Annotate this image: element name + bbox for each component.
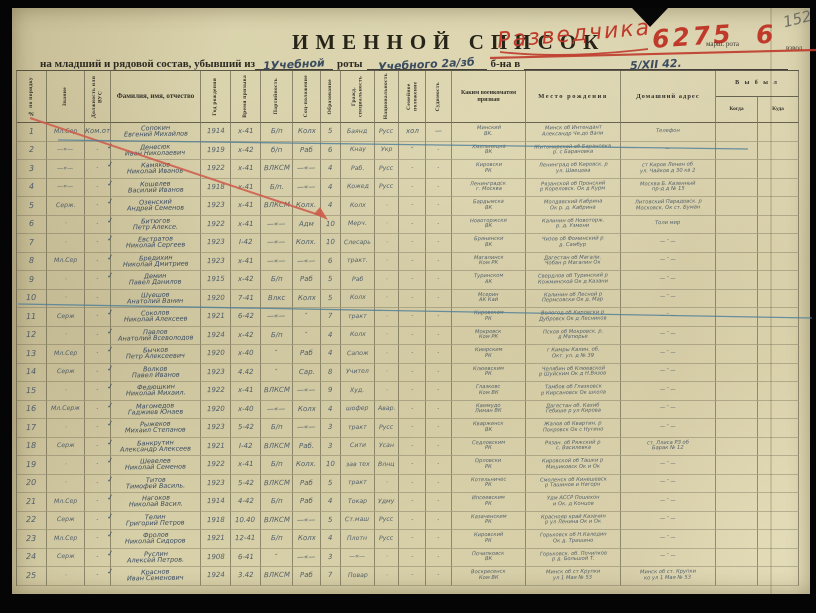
cell-family: · — [399, 419, 426, 438]
cell-year: 1914 — [201, 493, 231, 512]
cell-year: 1921 — [201, 438, 231, 457]
cell-vk: КаммудоЛиман ВК — [452, 401, 526, 420]
nation-text: · — [385, 554, 387, 561]
drafted-text: 4.42 — [238, 368, 254, 376]
vk-line-2: Ком РК — [479, 261, 498, 267]
cell-addr: — ″ — — [621, 234, 716, 253]
cell-num: 9 — [17, 271, 47, 290]
convict-text: · — [437, 387, 439, 394]
cell-fio: ✓ЕвстратовНиколай Сергеев — [111, 234, 201, 253]
drafted-text: 12-41 — [235, 535, 255, 543]
family-text: · — [411, 424, 413, 431]
cell-nation: · — [375, 475, 399, 494]
cell-edu: 3 — [321, 438, 341, 457]
num-text: 13 — [26, 349, 36, 358]
social-text: —«— — [297, 183, 315, 191]
cell-edu: 9 — [321, 382, 341, 401]
cell-rank: · — [47, 271, 85, 290]
cell-birth: Чизов об Фоминский рд. Самбур — [526, 234, 621, 253]
num-text: 21 — [26, 497, 36, 506]
cell-birth: Молдавский КабринаОк р. д. Кабрина — [526, 197, 621, 216]
convict-text: · — [437, 480, 439, 487]
duty-text: · — [96, 369, 98, 376]
trade-text: Учител — [346, 369, 369, 376]
social-text: Колх — [297, 294, 315, 302]
cell-rank: Мл.Сер — [47, 345, 85, 364]
cell-trade: Мерч. — [341, 216, 375, 235]
cell-out_when — [716, 475, 758, 494]
drafted-text: 6-42 — [237, 313, 253, 321]
cell-out_where — [758, 475, 799, 494]
num-text: 17 — [26, 423, 36, 432]
cell-year: 1915 — [201, 271, 231, 290]
checkmark: ✓ — [106, 531, 114, 540]
cell-social: Раб. — [293, 438, 321, 457]
cell-party: Б/п — [261, 271, 293, 290]
year-text: 1923 — [207, 479, 225, 487]
convict-text: · — [437, 295, 439, 302]
addr-line-2: пр-д д № 15 — [652, 187, 685, 193]
cell-out_where — [758, 216, 799, 235]
trade-text: тракт — [348, 480, 367, 487]
name-patronymic-text: Тимофей Василь. — [126, 482, 185, 490]
vk-line-2: Лиман ВК — [475, 409, 502, 415]
duty-text: · — [96, 406, 98, 413]
cell-birth: Горьковск. об. Почипковр д. Большой Т. — [526, 549, 621, 568]
family-text: · — [411, 239, 413, 246]
cell-nation: Русс — [375, 419, 399, 438]
cell-trade: Баянд — [341, 123, 375, 142]
cell-year: 1920 — [201, 345, 231, 364]
duty-text: · — [96, 517, 98, 524]
addr-line-1: — ″ — — [660, 554, 676, 560]
duty-text: · — [96, 313, 98, 320]
cell-out_where — [758, 197, 799, 216]
checkmark: ✓ — [106, 420, 114, 429]
cell-duty: Ком.от — [85, 123, 111, 142]
party-text: ВЛКСМ — [263, 516, 289, 524]
col-header-trade: Гражд. специальность — [341, 71, 375, 123]
cell-convict: · — [426, 197, 452, 216]
social-text: Адм — [299, 220, 314, 228]
convict-text: · — [437, 239, 439, 246]
social-text: Колх — [297, 128, 315, 136]
cell-edu: 4 — [321, 530, 341, 549]
edu-text: 4 — [328, 498, 333, 505]
birth-line-2: и Ок. д Концов — [553, 501, 594, 507]
cell-out_where — [758, 549, 799, 568]
cell-addr: — ″ — — [621, 493, 716, 512]
addr-line-1: — ″ — — [660, 480, 676, 486]
cell-year: 1921 — [201, 308, 231, 327]
cell-year: 1918 — [201, 512, 231, 531]
cell-vk: МсеринАК Кай — [452, 290, 526, 309]
cell-rank: · — [47, 567, 85, 586]
addr-line-1: — ″ — — [660, 295, 676, 301]
trade-text: Баянд — [347, 128, 367, 135]
vk-line-2: ВК. — [484, 132, 493, 138]
cell-nation: Русс — [375, 512, 399, 531]
cell-trade: Колх — [341, 290, 375, 309]
party-text: —«— — [267, 405, 285, 413]
cell-rank: Серж — [47, 512, 85, 531]
cell-social: —«— — [293, 549, 321, 568]
cell-edu: 7 — [321, 567, 341, 586]
cell-nation: Удму — [375, 493, 399, 512]
convict-text: · — [437, 202, 439, 209]
cell-fio: ✓КрасновИван Семенович — [111, 567, 201, 586]
cell-drafted: х-40 — [231, 345, 261, 364]
cell-addr: — — [621, 142, 716, 161]
cell-party: Влкс — [261, 290, 293, 309]
cell-convict: · — [426, 401, 452, 420]
col-header-convict: Судимость — [426, 71, 452, 123]
rank-text: Серж — [57, 369, 75, 376]
year-text: 1919 — [207, 146, 225, 154]
cell-social: Колх — [293, 123, 321, 142]
edu-text: 5 — [328, 517, 333, 524]
drafted-text: х-41 — [238, 461, 254, 469]
cell-num: 11 — [17, 308, 47, 327]
rank-text: · — [64, 295, 66, 302]
cell-addr: Литовский Парадовск. рМосковск. Ок ст. Б… — [621, 197, 716, 216]
vk-line-2: РК — [485, 465, 492, 471]
checkmark: ✓ — [106, 198, 114, 207]
family-text: · — [411, 332, 413, 339]
cell-num: 16 — [17, 401, 47, 420]
cell-addr: — ″ — — [621, 345, 716, 364]
cell-duty: · — [85, 290, 111, 309]
cell-out_where — [758, 253, 799, 272]
red-unit-number: 6275 — [651, 19, 734, 54]
name-patronymic-text: Иван Николаевич — [125, 149, 185, 157]
cell-vk: МинскийВК. — [452, 123, 526, 142]
cell-addr: — ″ — — [621, 512, 716, 531]
cell-rank: · — [47, 234, 85, 253]
party-text: —«— — [267, 220, 285, 228]
cell-nation: · — [375, 234, 399, 253]
cell-num: 19 — [17, 456, 47, 475]
social-text: —«— — [297, 424, 315, 432]
cell-year: 1918 — [201, 179, 231, 198]
trade-text: —«— — [349, 554, 365, 561]
social-text: Раб — [300, 572, 313, 580]
family-text: · — [411, 443, 413, 450]
party-text: Б/п — [271, 424, 283, 432]
addr-line-1: — ″ — — [660, 351, 676, 357]
party-text: —«— — [267, 313, 285, 321]
cell-convict: · — [426, 419, 452, 438]
num-text: 16 — [26, 405, 36, 414]
cell-fio: ✓БредихинНиколай Дмитриев — [111, 253, 201, 272]
trade-text: Худ. — [350, 387, 364, 394]
num-text: 3 — [29, 165, 34, 173]
checkmark: ✓ — [106, 364, 114, 373]
cell-family: · — [399, 216, 426, 235]
family-text: · — [411, 517, 413, 524]
cell-out_when — [716, 401, 758, 420]
nation-text: Укр — [381, 147, 393, 154]
family-text: · — [411, 276, 413, 283]
cell-convict: · — [426, 475, 452, 494]
cell-party: Б/п — [261, 456, 293, 475]
cell-drafted: 10.40 — [231, 512, 261, 531]
cell-convict: · — [426, 364, 452, 383]
cell-out_when — [716, 530, 758, 549]
vk-line-2: РК — [485, 446, 492, 452]
convict-text: · — [437, 461, 439, 468]
num-text: 24 — [26, 553, 36, 562]
checkmark: ✓ — [106, 253, 114, 262]
cell-birth: Жалов об Квартин. рПокровск Ок с Нугино — [526, 419, 621, 438]
checkmark: ✓ — [106, 309, 114, 318]
cell-addr: — ″ — — [621, 549, 716, 568]
cell-year: 1923 — [201, 234, 231, 253]
cell-family: · — [399, 179, 426, 198]
cell-out_when — [716, 142, 758, 161]
rank-text: Мл.Сер — [54, 128, 77, 135]
party-text: ВЛКСМ — [263, 387, 289, 395]
addr-line-1: — ″ — — [660, 277, 676, 283]
birth-line-2: р. д. Узмени — [556, 224, 589, 230]
duty-text: · — [96, 239, 98, 246]
social-text: —«— — [297, 257, 315, 265]
cell-edu: 5 — [321, 290, 341, 309]
nation-text: Усан — [379, 443, 394, 450]
cell-birth: Рязанской об Пронскийр Кореловск. Ок д К… — [526, 179, 621, 198]
drafted-text: I-42 — [239, 239, 253, 247]
cell-birth: Житомирской об Барановкар. с Барановка — [526, 142, 621, 161]
checkmark: ✓ — [106, 457, 114, 466]
convict-text: · — [437, 554, 439, 561]
col-header-nation: Национальность — [375, 71, 399, 123]
cell-year: 1914 — [201, 123, 231, 142]
birth-line-2: р. с Барановка — [553, 150, 593, 156]
checkmark: ✓ — [106, 346, 114, 355]
family-text: · — [411, 184, 413, 191]
birth-line-2: Гебише р ул Кирова — [545, 409, 600, 416]
cell-out_where — [758, 401, 799, 420]
birth-line-2: р Ташинов и Нагорн — [545, 483, 600, 490]
cell-drafted: 4.42 — [231, 364, 261, 383]
cell-out_where — [758, 512, 799, 531]
cell-edu: 7 — [321, 308, 341, 327]
social-text: Раб — [300, 479, 313, 487]
year-text: 1923 — [207, 257, 225, 265]
cell-year: 1923 — [201, 197, 231, 216]
cell-convict: · — [426, 179, 452, 198]
name-patronymic-text: Николай Васил. — [128, 501, 182, 509]
convict-text: · — [437, 517, 439, 524]
cell-convict: · — [426, 160, 452, 179]
addr-line-1: — ″ — — [660, 425, 676, 431]
cell-addr: — ″ — — [621, 401, 716, 420]
vk-line-2: РК — [485, 539, 492, 545]
social-text: ″ — [305, 313, 308, 320]
rank-text: —«— — [57, 147, 73, 154]
cell-addr: ст Киров Ленин обул. Чайков д 30 кв 2 — [621, 160, 716, 179]
red-platoon-number: 6 — [755, 20, 774, 50]
cell-edu: 6 — [321, 253, 341, 272]
checkmark: ✓ — [106, 568, 114, 577]
year-text: 1921 — [207, 535, 225, 543]
cell-party: Б/п — [261, 530, 293, 549]
cell-fio: ✓КамяковНиколай Иванов — [111, 160, 201, 179]
rank-text: Серж — [57, 313, 75, 320]
nation-text: · — [385, 387, 387, 394]
convict-text: · — [437, 332, 439, 339]
family-text: · — [411, 406, 413, 413]
cell-fio: ✓ТелинГригорий Петров — [111, 512, 201, 531]
cell-rank: —«— — [47, 160, 85, 179]
social-text: —«— — [297, 165, 315, 173]
num-text: 20 — [26, 479, 36, 488]
family-text: · — [411, 387, 413, 394]
num-text: 6 — [29, 220, 34, 228]
cell-nation: · — [375, 290, 399, 309]
year-text: 1921 — [207, 313, 225, 321]
edu-text: 4 — [328, 406, 333, 413]
party-text: ВЛКСМ — [263, 165, 289, 173]
duty-text: · — [96, 535, 98, 542]
cell-birth: Краснояр край Казачинр ул Ленина Ок и Ок — [526, 512, 621, 531]
year-text: 1920 — [207, 405, 225, 413]
party-text: Б/п — [271, 331, 283, 339]
cell-num: 1 — [17, 123, 47, 142]
nation-text: · — [385, 332, 387, 339]
rank-text: · — [64, 387, 66, 394]
cell-rank: Серж — [47, 308, 85, 327]
year-text: 1921 — [207, 442, 225, 450]
cell-edu: 10 — [321, 216, 341, 235]
fill-battalion-blank: Учебного 2а/зб — [367, 56, 487, 70]
trade-text: Сапож — [347, 350, 369, 357]
cell-addr: Москва Б. Казенныйпр-д д № 15 — [621, 179, 716, 198]
edu-text: 4 — [328, 165, 333, 172]
family-text: · — [411, 535, 413, 542]
rank-text: Мл.Сер — [54, 350, 77, 357]
cell-drafted: х-42 — [231, 271, 261, 290]
name-patronymic-text: Петр Алексе. — [133, 223, 178, 231]
edu-text: 7 — [328, 313, 333, 320]
cell-out_when — [716, 197, 758, 216]
cell-drafted: I-42 — [231, 438, 261, 457]
cell-birth: Кировской об Ташки рМишиковск Ок и Ок — [526, 456, 621, 475]
birth-line-2: р Шуйским Ок д Н.Вязов — [539, 372, 606, 379]
cell-social: —«— — [293, 419, 321, 438]
social-text: Раб — [300, 350, 313, 358]
birth-line-2: ул 1 Мая № 53 — [553, 575, 592, 581]
checkmark: ✓ — [106, 161, 114, 170]
cell-out_when — [716, 160, 758, 179]
cell-vk: МокровскКом РК — [452, 327, 526, 346]
cell-nation: · — [375, 253, 399, 272]
checkmark: ✓ — [106, 272, 114, 281]
cell-convict: · — [426, 271, 452, 290]
trade-text: Колх — [350, 332, 366, 339]
fill-company-blank: 1Учебной — [255, 56, 333, 70]
family-text: · — [411, 554, 413, 561]
name-patronymic-text: Гаджиев Юнаев — [128, 408, 183, 416]
trade-text: Кнау — [349, 147, 365, 154]
cell-num: 14 — [17, 364, 47, 383]
printed-bna: б-на в — [491, 58, 521, 70]
cell-family: · — [399, 290, 426, 309]
checkmark: ✓ — [106, 179, 114, 188]
num-text: 23 — [26, 534, 36, 543]
cell-party: ВЛКСМ — [261, 160, 293, 179]
checkmark: ✓ — [106, 383, 114, 392]
cell-rank: Мл.Сер — [47, 530, 85, 549]
trade-text: Мерч. — [348, 221, 367, 228]
trade-text: Плотн — [347, 535, 367, 542]
cell-party: Б/п — [261, 123, 293, 142]
year-text: 1923 — [207, 424, 225, 432]
cell-addr: Телефон — [621, 123, 716, 142]
cell-trade: тракт. — [341, 253, 375, 272]
cell-trade: Сити — [341, 438, 375, 457]
cell-fio: ✓МагомедовГаджиев Юнаев — [111, 401, 201, 420]
cell-family: · — [399, 253, 426, 272]
year-text: 1918 — [207, 183, 225, 191]
cell-nation: · — [375, 271, 399, 290]
cell-drafted: 3.42 — [231, 567, 261, 586]
family-text: ″ — [411, 147, 414, 154]
cell-social: Раб — [293, 493, 321, 512]
social-text: —«— — [297, 387, 315, 395]
name-patronymic-text: Василий Иванов — [128, 186, 184, 194]
cell-num: 13 — [17, 345, 47, 364]
rank-text: · — [64, 221, 66, 228]
nation-text: Удму — [378, 498, 395, 505]
addr-line-1: — ″ — — [660, 406, 676, 412]
year-text: 1922 — [207, 387, 225, 395]
cell-convict: · — [426, 456, 452, 475]
cell-addr: — ″ — — [621, 364, 716, 383]
cell-rank: Мл.Серж — [47, 401, 85, 420]
vk-line-2: РК — [485, 169, 492, 175]
birth-line-2: Покровск Ок с Нугино — [543, 427, 603, 434]
cell-social: Сар. — [293, 364, 321, 383]
cell-trade: тракт — [341, 475, 375, 494]
cell-edu: 4 — [321, 327, 341, 346]
cell-edu: 3 — [321, 419, 341, 438]
edu-text: 4 — [328, 332, 333, 339]
cell-fio: ✓ТитовТимофей Василь. — [111, 475, 201, 494]
num-text: 14 — [26, 368, 36, 377]
cell-vk: МагалинскКом РК — [452, 253, 526, 272]
drafted-text: х-41 — [238, 183, 254, 191]
col-header-birth: Место рождения — [526, 71, 621, 123]
addr-line-1: — ″ — — [660, 388, 676, 394]
cell-party: —«— — [261, 308, 293, 327]
cell-edu: 4 — [321, 197, 341, 216]
checkmark: ✓ — [106, 327, 114, 336]
party-text: ВЛКСМ — [263, 202, 289, 210]
convict-text: · — [437, 313, 439, 320]
addr-line-2: ко ул 1 Мая № 53 — [644, 575, 691, 582]
family-text: · — [411, 313, 413, 320]
cell-vk: ХмельницкаВК — [452, 142, 526, 161]
cell-birth: Минск об ст Крупкиул 1 Мая № 53 — [526, 567, 621, 586]
drafted-text: 3.42 — [238, 572, 254, 580]
nation-text: · — [385, 313, 387, 320]
name-patronymic-text: Николай Иванов — [127, 168, 183, 176]
rank-text: Серж — [57, 554, 75, 561]
vk-line-2: ВК — [485, 206, 492, 212]
cell-vk: КимрскимРК — [452, 345, 526, 364]
drafted-text: 6-41 — [237, 553, 253, 561]
